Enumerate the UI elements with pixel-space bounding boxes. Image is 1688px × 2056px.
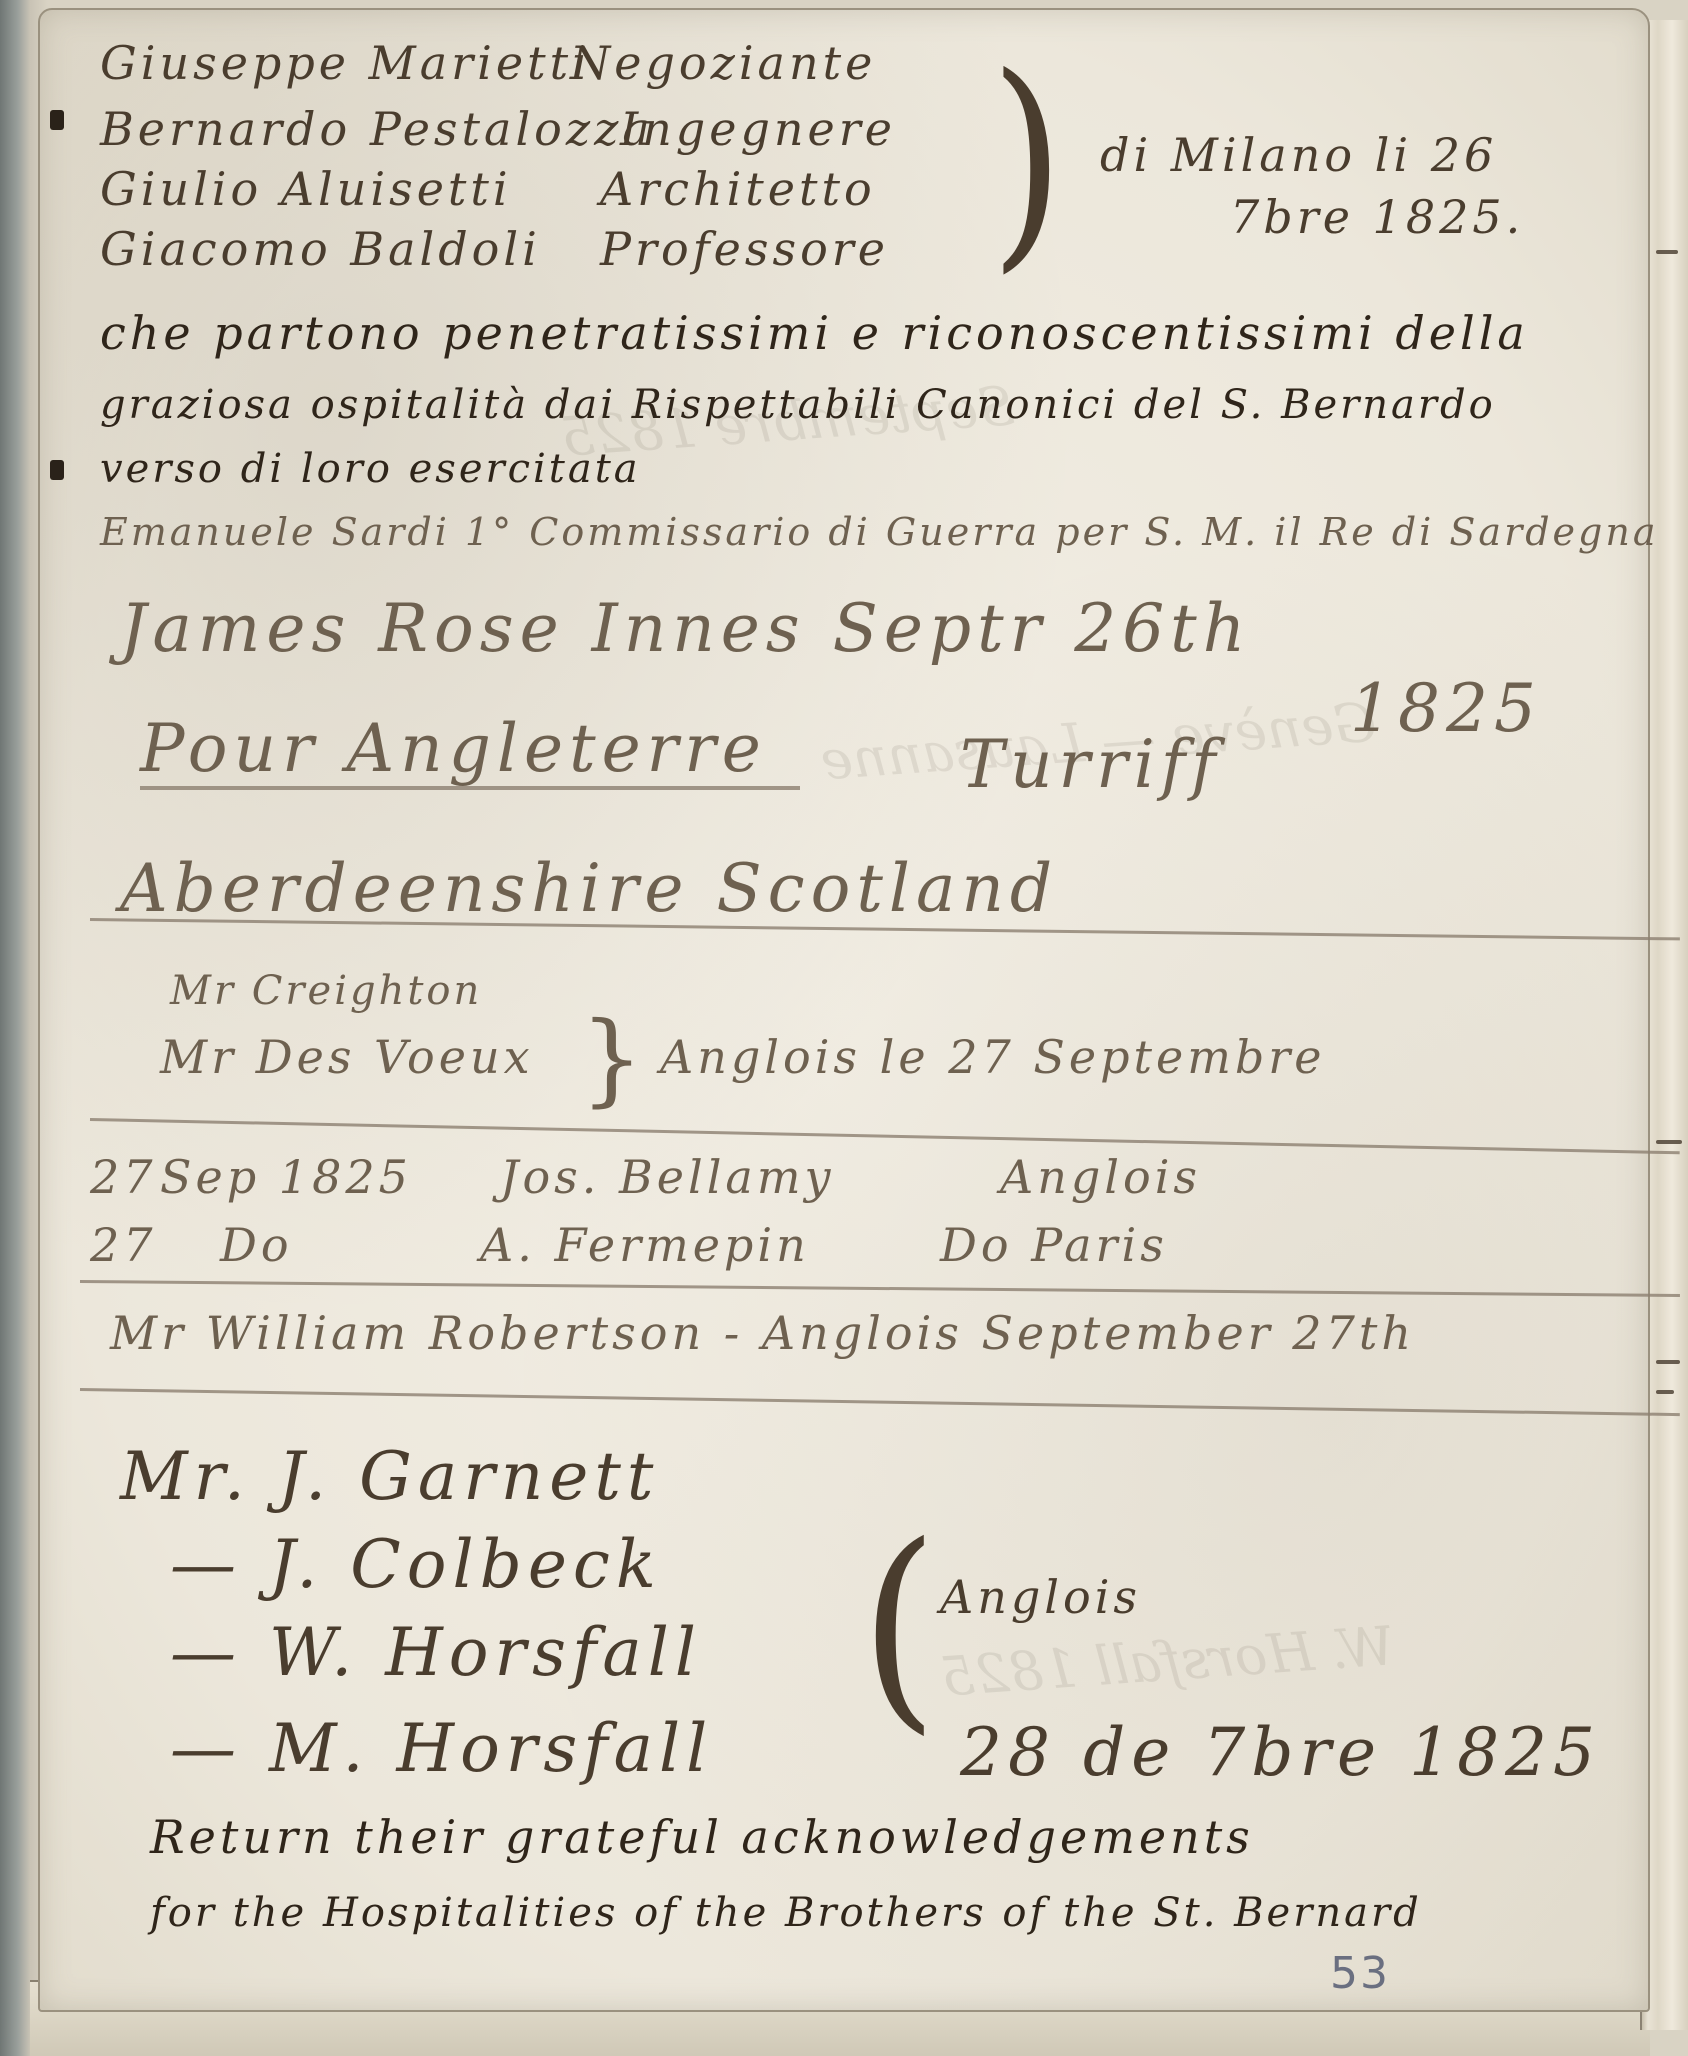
visitor-name: Mr Creighton xyxy=(170,968,482,1014)
entry-robertson: Mr William Robertson - Anglois September… xyxy=(110,1306,1415,1360)
ink-bleed-mark xyxy=(1656,1360,1680,1364)
visit-day: 27 xyxy=(90,1150,157,1204)
grouping-brace: } xyxy=(580,1000,644,1117)
manuscript-page: Septembre 1825 Genève — Lausanne W. Hors… xyxy=(38,8,1650,2012)
home-region: Aberdeenshire Scotland xyxy=(120,850,1058,927)
binding-stitch-mark xyxy=(50,460,64,480)
closing-line: Return their grateful acknowledgements xyxy=(150,1810,1254,1864)
visitor-origin: Anglois xyxy=(1000,1150,1201,1204)
visitor-name: — M. Horsfall xyxy=(170,1710,713,1787)
visit-date: 28 de 7bre 1825 xyxy=(960,1714,1601,1791)
visitor-name: Giuseppe Marietti xyxy=(100,36,591,90)
origin-place-date: 7bre 1825. xyxy=(1230,190,1524,244)
hometown: Turriff xyxy=(960,726,1222,803)
entry-divider xyxy=(80,1280,1680,1297)
nationality: Anglois xyxy=(940,1570,1141,1624)
show-through-text: W. Horsfall 1825 xyxy=(938,1614,1396,1709)
visit-month: Sep 1825 xyxy=(160,1150,412,1204)
visitor-name: Bernardo Pestalozza xyxy=(100,102,654,156)
remark-line: graziosa ospitalità dai Rispettabili Can… xyxy=(100,382,1496,428)
visit-day: 27 xyxy=(90,1218,157,1272)
visitor-name: Mr. J. Garnett xyxy=(120,1438,659,1515)
ink-bleed-mark xyxy=(1656,250,1678,254)
visitor-origin: Do Paris xyxy=(940,1218,1168,1272)
visitor-name: Giulio Aluisetti xyxy=(100,162,512,216)
ink-bleed-mark xyxy=(1656,1140,1682,1144)
destination: Pour Angleterre xyxy=(140,710,767,787)
visitor-name: — W. Horsfall xyxy=(170,1614,702,1691)
closing-line: for the Hospitalities of the Brothers of… xyxy=(150,1890,1422,1936)
visit-month: Do xyxy=(220,1218,293,1272)
visitor-role: Ingegnere xyxy=(620,102,896,156)
visitor-name-line: James Rose Innes Septr 26th xyxy=(120,590,1251,667)
entry-sardi: Emanuele Sardi 1° Commissario di Guerra … xyxy=(100,510,1659,554)
remark-line: che partono penetratissimi e riconoscent… xyxy=(100,306,1529,360)
ink-bleed-mark xyxy=(1656,1390,1674,1394)
grouping-bracket: ( xyxy=(860,1498,938,1754)
visitor-name: Mr Des Voeux xyxy=(160,1030,534,1084)
grouping-bracket: ) xyxy=(990,28,1064,293)
entry-divider xyxy=(80,1388,1680,1416)
nationality-date: Anglois le 27 Septembre xyxy=(660,1030,1326,1084)
visitor-name: Giacomo Baldoli xyxy=(100,222,541,276)
visitor-name: A. Fermepin xyxy=(480,1218,810,1272)
page-number: 53 xyxy=(1330,1948,1390,1999)
remark-line: verso di loro esercitata xyxy=(100,446,641,492)
visit-year: 1825 xyxy=(1350,670,1542,747)
visitor-name: Jos. Bellamy xyxy=(500,1150,834,1204)
visitor-name: — J. Colbeck xyxy=(170,1526,662,1603)
visitor-role: Professore xyxy=(600,222,889,276)
underline xyxy=(140,786,800,790)
visitor-role: Architetto xyxy=(600,162,876,216)
binding-stitch-mark xyxy=(50,110,64,130)
visitor-role: Negoziante xyxy=(570,36,876,90)
origin-place-date: di Milano li 26 xyxy=(1100,128,1497,182)
entry-divider xyxy=(90,1118,1680,1154)
